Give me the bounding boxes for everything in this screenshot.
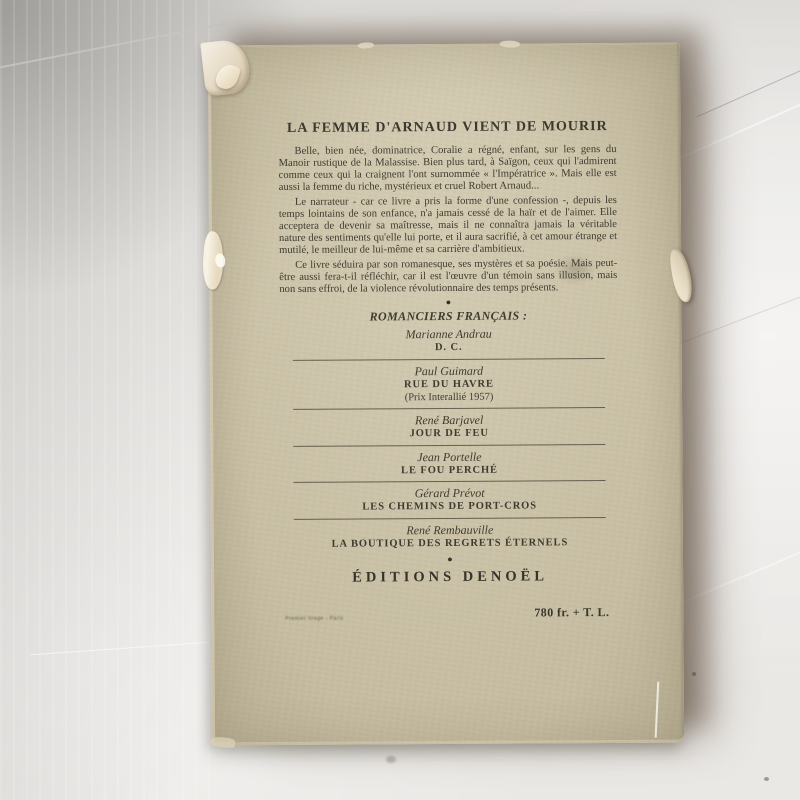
book-title: LA FEMME D'ARNAUD VIENT DE MOURIR [278,119,616,137]
list-entry: Paul Guimard RUE DU HAVRE (Prix Interall… [280,363,618,406]
imprint-note: Premier tirage - Paris [285,616,343,622]
separator-rule [294,517,606,520]
table-background: LA FEMME D'ARNAUD VIENT DE MOURIR Belle,… [0,0,800,800]
separator-rule [294,480,606,483]
crease-mark [655,682,660,738]
imprint-price-row: Premier tirage - Paris 780 fr. + T. L. [281,605,619,622]
smudge-mark [386,756,396,763]
blurb-paragraph-2: Le narrateur - car ce livre a pris la fo… [279,195,617,258]
blurb-paragraph-3: Ce livre séduira par son romanesque, ses… [279,258,617,296]
work-title: LA BOUTIQUE DES REGRETS ÉTERNELS [281,536,619,552]
separator-rule [293,358,605,361]
separator-rule [293,407,605,410]
speck-mark [764,777,769,781]
list-entry: René Rembauville LA BOUTIQUE DES REGRETS… [281,522,619,552]
tear-highlight [215,253,225,267]
work-title: LES CHEMINS DE PORT-CROS [281,499,619,515]
list-entry: Jean Portelle LE FOU PERCHÉ [280,449,618,479]
prize-note: (Prix Interallié 1957) [280,390,618,405]
printed-content: LA FEMME D'ARNAUD VIENT DE MOURIR Belle,… [278,43,620,622]
list-entry: Marianne Andrau D. C. [280,326,618,356]
blurb-paragraph-1: Belle, bien née, dominatrice, Coralie a … [278,144,616,194]
authors-list-header: ROMANCIERS FRANÇAIS : [279,308,617,325]
work-title: JOUR DE FEU [280,426,618,442]
list-entry: Gérard Prévot LES CHEMINS DE PORT-CROS [281,485,619,515]
price-label: 780 fr. + T. L. [534,605,609,620]
separator-rule [293,444,605,447]
work-title: LE FOU PERCHÉ [280,463,618,479]
list-entry: René Barjavel JOUR DE FEU [280,412,618,442]
bullet-dot: ● [281,555,619,564]
publisher-name: ÉDITIONS DENOËL [281,568,619,587]
flap-right-edge [668,248,694,304]
speck-mark [692,672,696,676]
book-back-cover: LA FEMME D'ARNAUD VIENT DE MOURIR Belle,… [208,43,684,746]
bullet-dot: ● [279,298,617,307]
scratch-mark [696,56,800,118]
work-title: D. C. [280,340,618,356]
blurb-text: Belle, bien née, dominatrice, Coralie a … [278,144,617,296]
wood-grain [0,0,218,800]
